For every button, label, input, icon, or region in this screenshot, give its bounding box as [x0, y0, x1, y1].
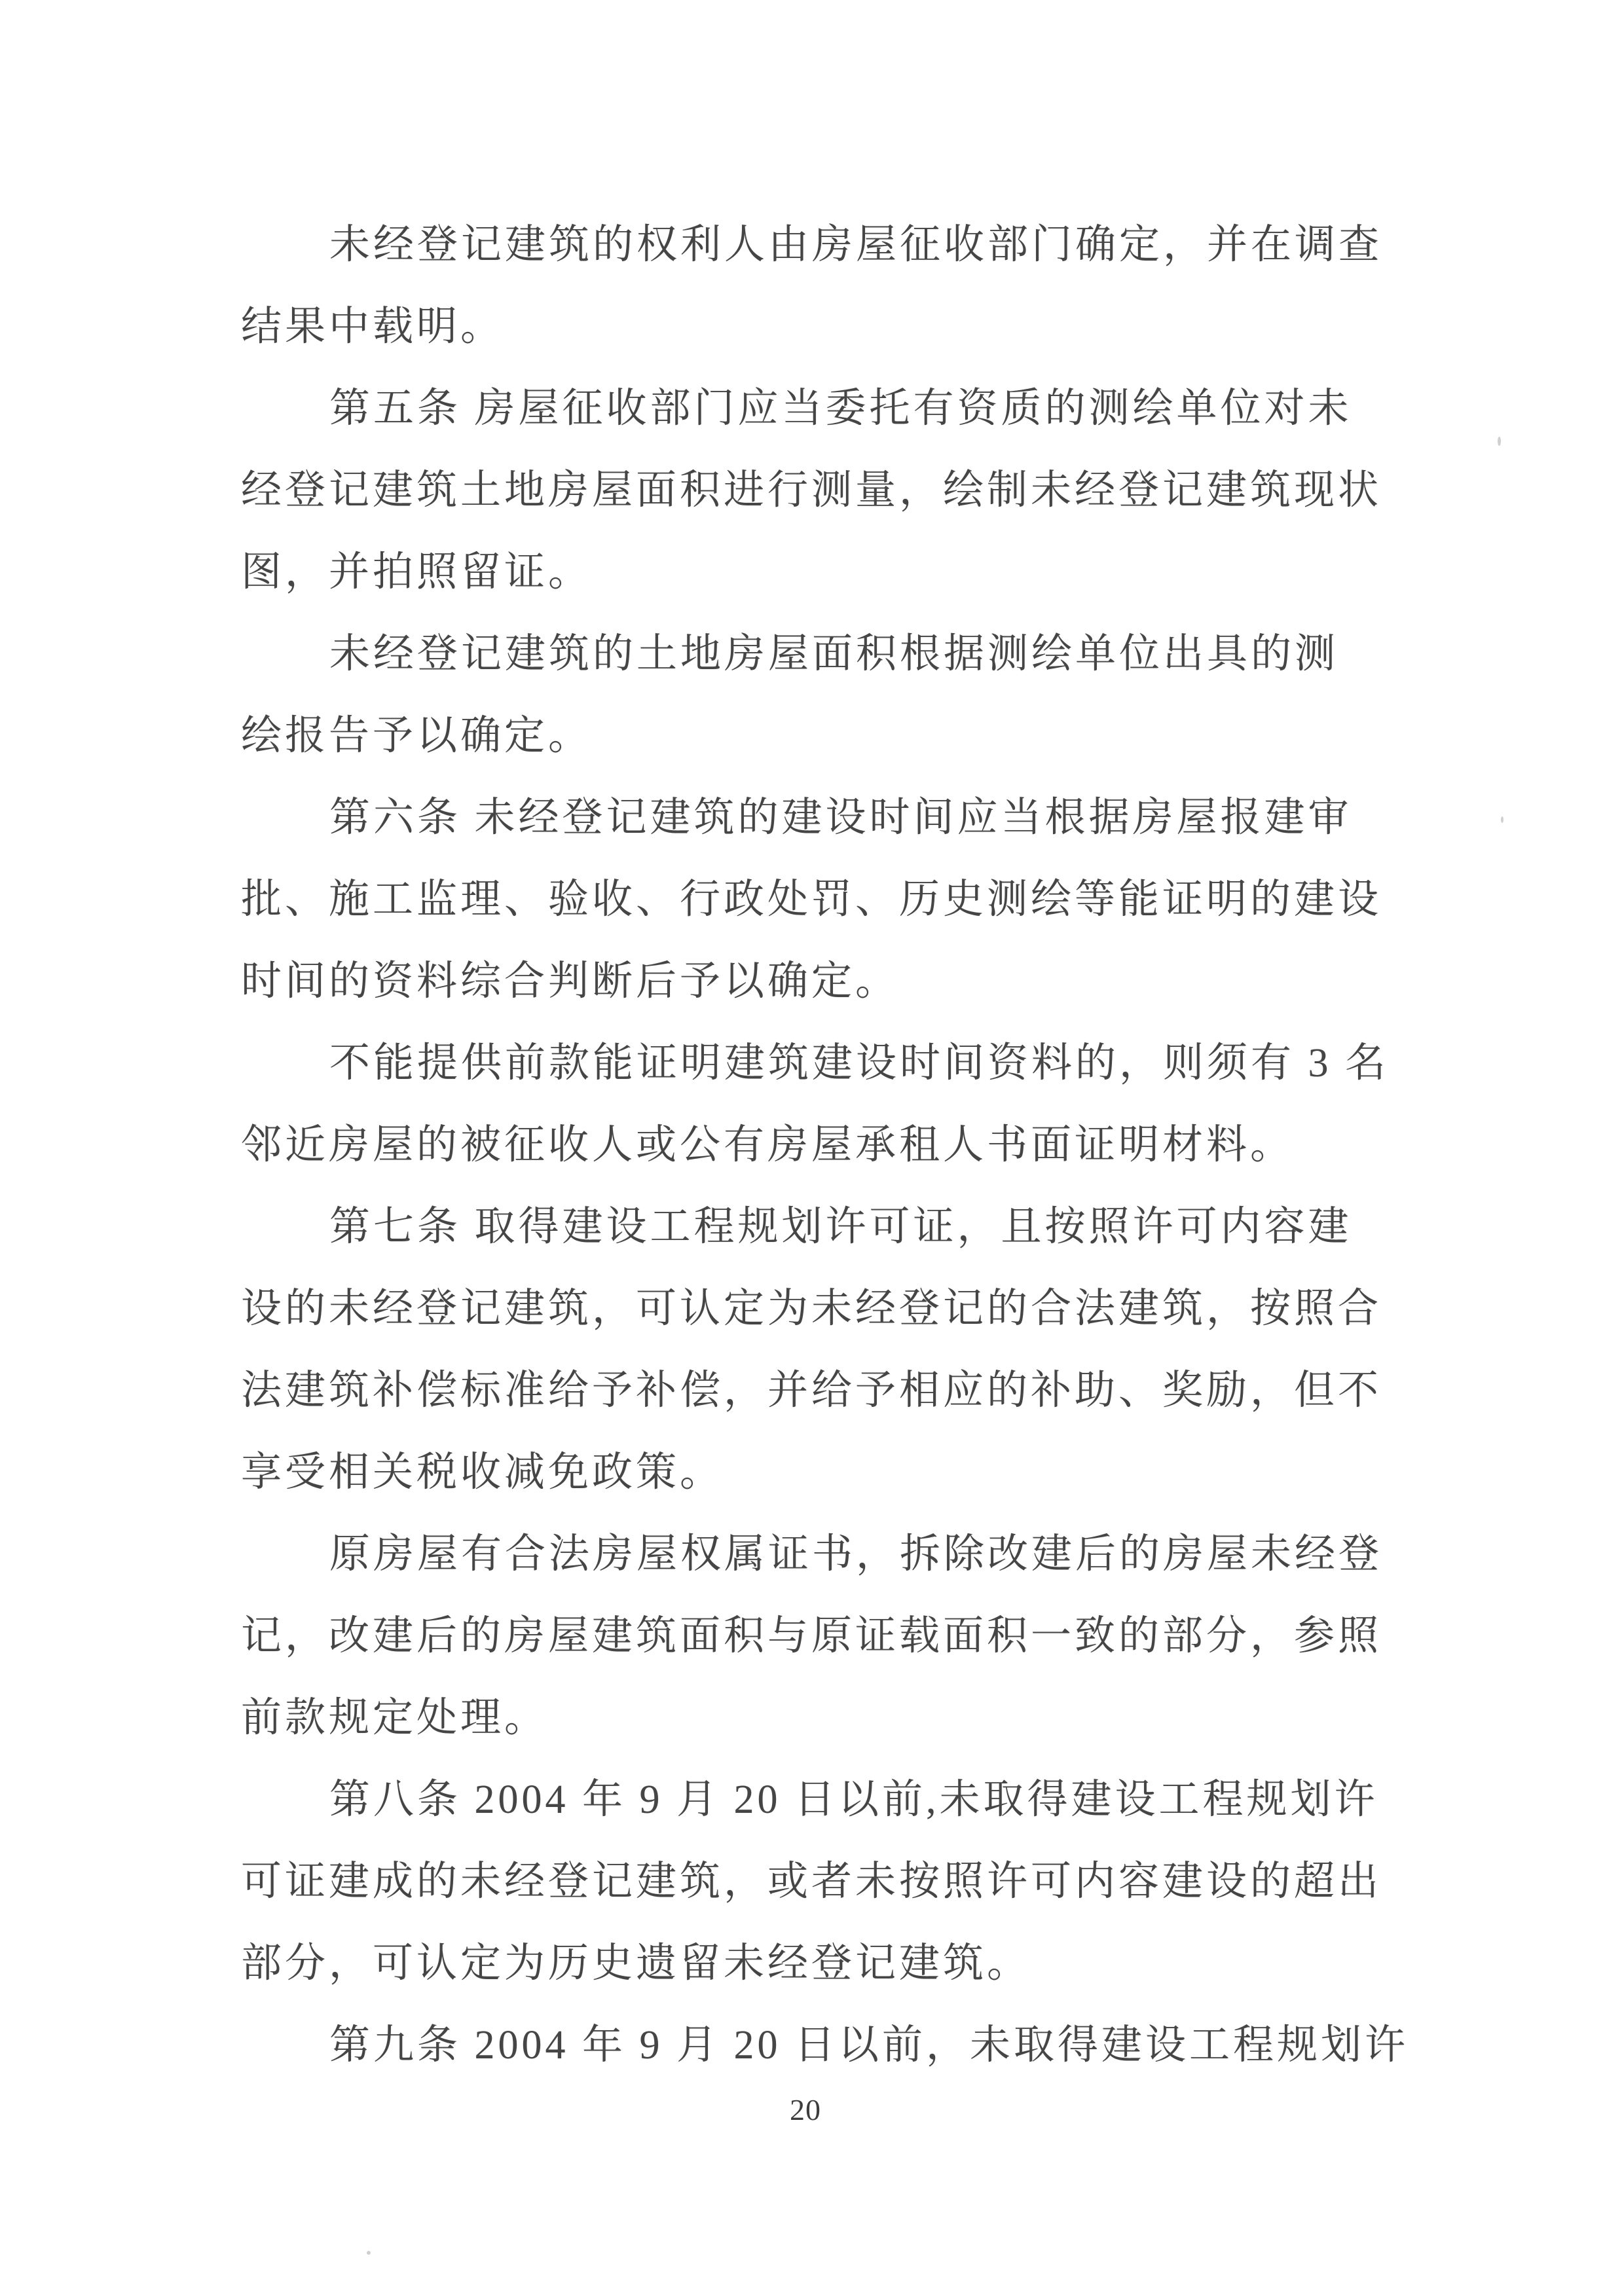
text-line: 结果中载明。: [241, 286, 1393, 368]
text-line: 第五条 房屋征收部门应当委托有资质的测绘单位对未: [241, 368, 1393, 450]
text-line: 可证建成的未经登记建筑，或者未按照许可内容建设的超出: [241, 1841, 1393, 1923]
text-line: 第八条 2004 年 9 月 20 日以前,未取得建设工程规划许: [241, 1759, 1393, 1841]
text-line: 绘报告予以确定。: [241, 695, 1393, 777]
text-line: 未经登记建筑的权利人由房屋征收部门确定，并在调查: [241, 204, 1393, 286]
text-line: 第七条 取得建设工程规划许可证，且按照许可内容建: [241, 1186, 1393, 1268]
scan-artifact: [367, 2251, 371, 2255]
text-line: 经登记建筑土地房屋面积进行测量，绘制未经登记建筑现状: [241, 450, 1393, 532]
document-page: 未经登记建筑的权利人由房屋征收部门确定，并在调查结果中载明。第五条 房屋征收部门…: [0, 0, 1624, 2296]
text-line: 邻近房屋的被征收人或公有房屋承租人书面证明材料。: [241, 1104, 1393, 1186]
text-line: 第六条 未经登记建筑的建设时间应当根据房屋报建审: [241, 777, 1393, 859]
text-line: 部分，可认定为历史遗留未经登记建筑。: [241, 1923, 1393, 2005]
document-body: 未经登记建筑的权利人由房屋征收部门确定，并在调查结果中载明。第五条 房屋征收部门…: [241, 204, 1393, 2086]
text-line: 第九条 2004 年 9 月 20 日以前，未取得建设工程规划许: [241, 2005, 1393, 2086]
text-line: 记，改建后的房屋建筑面积与原证载面积一致的部分，参照: [241, 1595, 1393, 1677]
text-line: 原房屋有合法房屋权属证书，拆除改建后的房屋未经登: [241, 1514, 1393, 1595]
text-line: 享受相关税收减免政策。: [241, 1432, 1393, 1514]
text-line: 设的未经登记建筑，可认定为未经登记的合法建筑，按照合: [241, 1268, 1393, 1350]
text-line: 前款规定处理。: [241, 1677, 1393, 1759]
page-number: 20: [0, 2092, 1611, 2127]
text-line: 未经登记建筑的土地房屋面积根据测绘单位出具的测: [241, 613, 1393, 695]
text-line: 批、施工监理、验收、行政处罚、历史测绘等能证明的建设: [241, 859, 1393, 941]
text-line: 图，并拍照留证。: [241, 532, 1393, 613]
scan-artifact: [1498, 437, 1501, 446]
scan-artifact: [1501, 816, 1504, 823]
text-line: 不能提供前款能证明建筑建设时间资料的，则须有 3 名: [241, 1023, 1393, 1104]
text-line: 时间的资料综合判断后予以确定。: [241, 941, 1393, 1023]
text-line: 法建筑补偿标准给予补偿，并给予相应的补助、奖励，但不: [241, 1350, 1393, 1432]
